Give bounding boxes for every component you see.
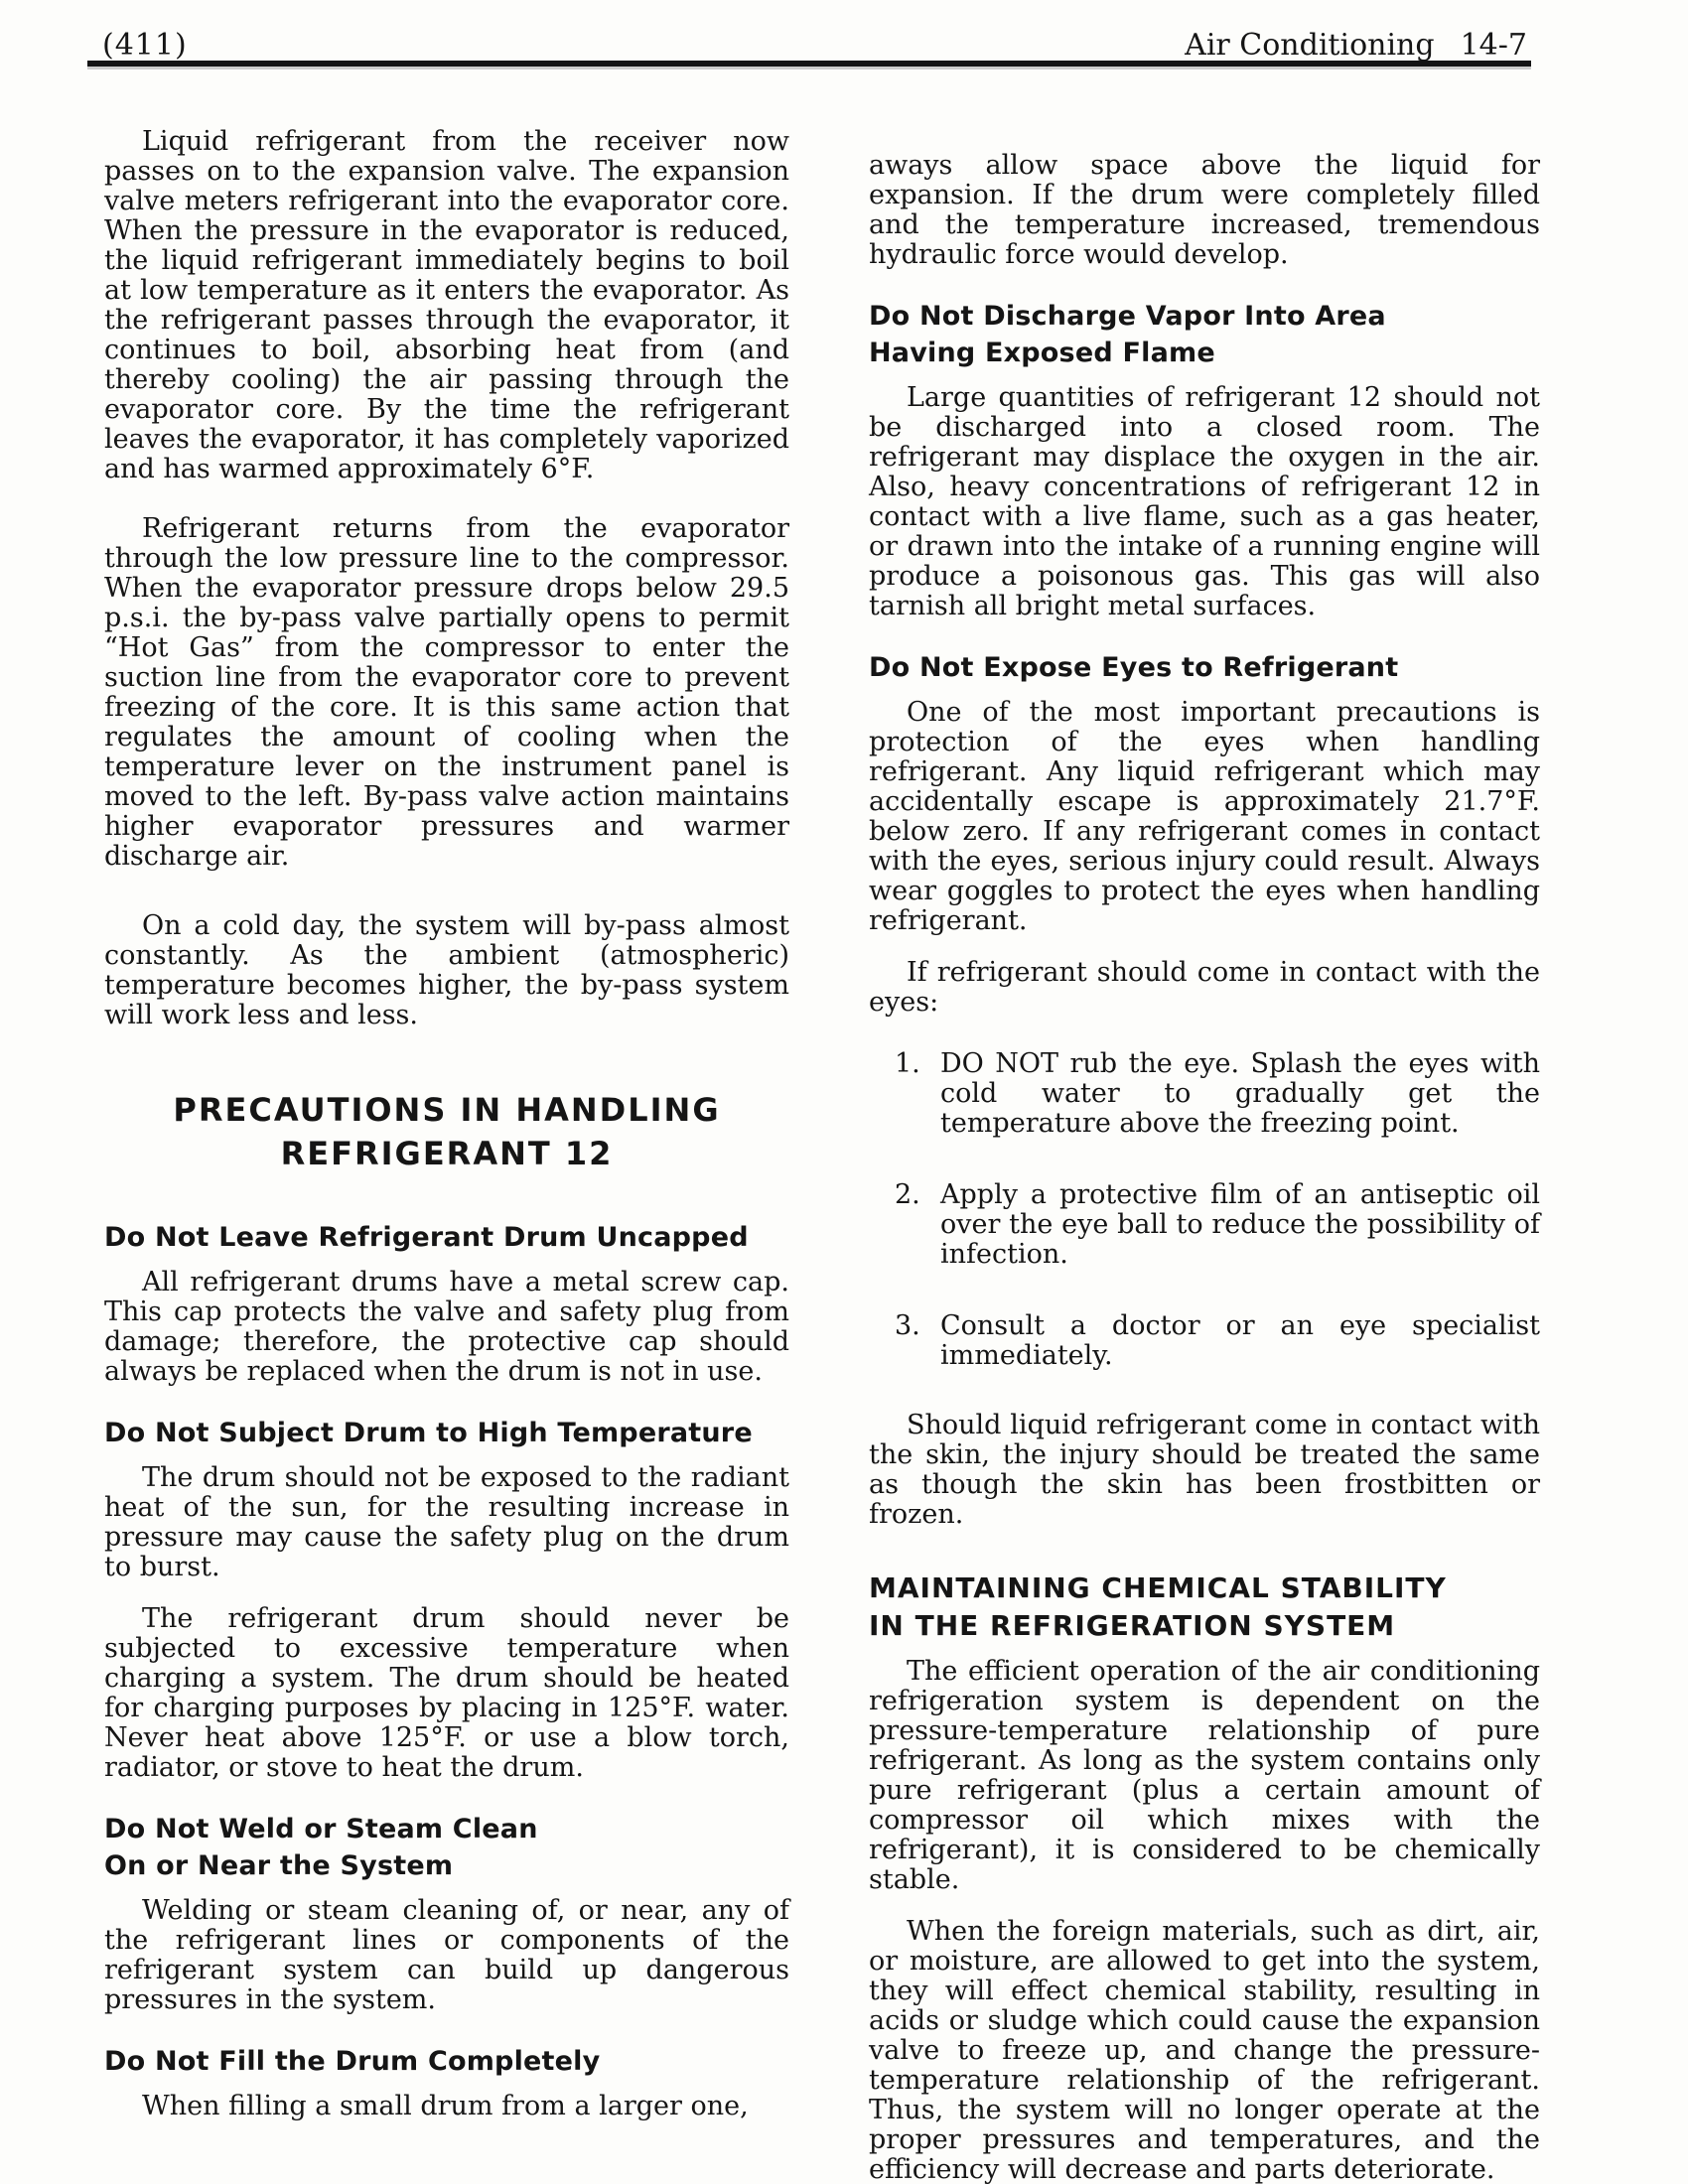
right-column: aways allow space above the liquid for e… xyxy=(869,127,1540,2184)
page-header: Air Conditioning14-7 xyxy=(1185,28,1527,63)
subheading-drum-uncapped: Do Not Leave Refrigerant Drum Uncapped xyxy=(104,1219,789,1256)
page-ref-left: (411) xyxy=(102,28,188,63)
section-heading-line1: MAINTAINING CHEMICAL STABILITY xyxy=(869,1570,1540,1607)
paragraph: Should liquid refrigerant come in contac… xyxy=(869,1411,1540,1530)
subheading-weld-steam-clean: Do Not Weld or Steam Clean On or Near th… xyxy=(104,1811,789,1884)
subheading-line1: Do Not Weld or Steam Clean xyxy=(104,1811,789,1847)
list-item: 1. DO NOT rub the eye. Splash the eyes w… xyxy=(895,1049,1540,1139)
list-item: 2. Apply a protective film of an antisep… xyxy=(895,1180,1540,1270)
subheading-expose-eyes: Do Not Expose Eyes to Refrigerant xyxy=(869,649,1540,686)
paragraph: The efficient operation of the air condi… xyxy=(869,1657,1540,1895)
list-item-text: Apply a protective film of an antiseptic… xyxy=(940,1180,1540,1270)
paragraph: If refrigerant should come in contact wi… xyxy=(869,958,1540,1018)
paragraph-continuation: aways allow space above the liquid for e… xyxy=(869,151,1540,270)
section-heading-line2: IN THE REFRIGERATION SYSTEM xyxy=(869,1607,1540,1645)
paragraph: When filling a small drum from a larger … xyxy=(104,2092,789,2121)
manual-page: (411) Air Conditioning14-7 Liquid refrig… xyxy=(0,0,1688,2184)
list-item-number: 3. xyxy=(895,1311,940,1371)
header-rule xyxy=(87,61,1531,67)
paragraph: Large quantities of refrigerant 12 shoul… xyxy=(869,383,1540,621)
paragraph: Liquid refrigerant from the receiver now… xyxy=(104,127,789,484)
section-heading-precautions: PRECAUTIONS IN HANDLING REFRIGERANT 12 xyxy=(104,1088,789,1175)
paragraph: The drum should not be exposed to the ra… xyxy=(104,1463,789,1582)
paragraph: Welding or steam cleaning of, or near, a… xyxy=(104,1896,789,2015)
subheading-line2: On or Near the System xyxy=(104,1847,789,1884)
list-item-text: DO NOT rub the eye. Splash the eyes with… xyxy=(940,1049,1540,1139)
paragraph: One of the most important precautions is… xyxy=(869,698,1540,936)
subheading-line1: Do Not Discharge Vapor Into Area xyxy=(869,298,1540,335)
two-column-body: Liquid refrigerant from the receiver now… xyxy=(104,127,1540,2184)
section-heading-line1: PRECAUTIONS IN HANDLING xyxy=(104,1088,789,1132)
list-item-text: Consult a doctor or an eye specialist im… xyxy=(940,1311,1540,1371)
list-item-number: 2. xyxy=(895,1180,940,1270)
eye-contact-steps-list: 1. DO NOT rub the eye. Splash the eyes w… xyxy=(869,1049,1540,1371)
chapter-title: Air Conditioning xyxy=(1185,28,1434,63)
list-item: 3. Consult a doctor or an eye specialist… xyxy=(895,1311,1540,1371)
paragraph: On a cold day, the system will by-pass a… xyxy=(104,911,789,1030)
paragraph: All refrigerant drums have a metal screw… xyxy=(104,1268,789,1387)
subheading-discharge-vapor: Do Not Discharge Vapor Into Area Having … xyxy=(869,298,1540,371)
subheading-high-temperature: Do Not Subject Drum to High Temperature xyxy=(104,1415,789,1451)
subheading-fill-drum: Do Not Fill the Drum Completely xyxy=(104,2043,789,2080)
list-item-number: 1. xyxy=(895,1049,940,1139)
paragraph: Refrigerant returns from the evaporator … xyxy=(104,514,789,872)
left-column: Liquid refrigerant from the receiver now… xyxy=(104,127,789,2184)
section-heading-chemical-stability: MAINTAINING CHEMICAL STABILITY IN THE RE… xyxy=(869,1570,1540,1645)
subheading-line2: Having Exposed Flame xyxy=(869,335,1540,371)
paragraph: When the foreign materials, such as dirt… xyxy=(869,1917,1540,2184)
section-heading-line2: REFRIGERANT 12 xyxy=(104,1132,789,1175)
paragraph: The refrigerant drum should never be sub… xyxy=(104,1604,789,1783)
page-number: 14-7 xyxy=(1461,28,1527,63)
